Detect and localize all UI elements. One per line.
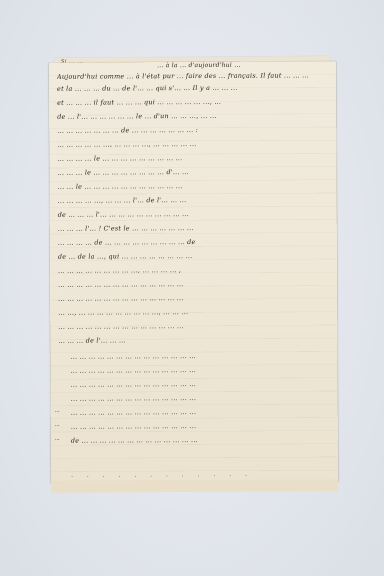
manuscript-line: de ... ... ... l'... ... ... ... ... ...… bbox=[58, 209, 330, 218]
manuscript-line: ... ... ... l'... ! C'est le ... ... ...… bbox=[58, 223, 330, 232]
manuscript-line: et la ... ... ... du ... de l'... ... qu… bbox=[57, 83, 329, 92]
manuscript-line: de ... l'... ... ... ... ... ... le ... … bbox=[57, 111, 329, 120]
manuscript-line: ... ... ... ... ... ... ... ... ..., ...… bbox=[58, 265, 330, 274]
manuscript-line: ... ..., ... ... ... ... ... ... ... ...… bbox=[58, 307, 330, 316]
manuscript-line: ... ... ... ... ... ... ... ... ... ... … bbox=[58, 321, 330, 330]
manuscript-line: et ... ... ... il faut ... ... ... qui .… bbox=[57, 97, 329, 106]
manuscript-page: ... à la ... d'aujourd'hui ... Aujourd'h… bbox=[49, 61, 338, 482]
manuscript-line: ... ... le ... ... ... ... ... ... ... .… bbox=[58, 181, 330, 190]
manuscript-line: ... ... ... de l'... ... ... bbox=[58, 336, 208, 345]
margin-note: ... bbox=[55, 408, 60, 414]
paper-bottom-edge bbox=[51, 479, 338, 493]
manuscript-line: de ... ... ... ... ... ... ... ... ... .… bbox=[71, 435, 331, 444]
manuscript-line: ... ... ... ... ..., ... ... ... l'... d… bbox=[58, 195, 330, 204]
manuscript-line: ... ... ... ... ... ... ... de ... ... .… bbox=[57, 125, 329, 134]
manuscript-line: ... ... ... ... ... ... ... ... ... ... … bbox=[71, 407, 331, 416]
manuscript-line: ... ... ... ... ... ... ... ... ... ... … bbox=[58, 279, 330, 288]
manuscript-line: ... ... ... ... le ... ... ... ... ... .… bbox=[57, 153, 329, 162]
margin-note: ... bbox=[55, 436, 60, 442]
manuscript-line: ... ... ... ... ... ... ... ... ... ... … bbox=[58, 293, 330, 302]
manuscript-line: ... ... ... ... de ... ... ... ... ... .… bbox=[58, 237, 330, 246]
page-heading: ... à la ... d'aujourd'hui ... bbox=[89, 61, 309, 70]
manuscript-line: ... ... ... le ... ... ... ... ... ... .… bbox=[57, 167, 329, 176]
manuscript-line: ... ... ... ... ... ... ... ... ... ... … bbox=[71, 393, 331, 402]
manuscript-line: ... ... ... ... ... ... ... ... ... ... … bbox=[70, 351, 330, 360]
manuscript-line: ... ... ... ... ... ... ... ... ... ... … bbox=[71, 421, 331, 430]
manuscript-line: ... ... ... ... ... ..., ... ... ... ...… bbox=[57, 139, 329, 148]
manuscript-line: ... ... ... ... ... ... ... ... ... ... … bbox=[70, 365, 330, 374]
manuscript-line: de ... de la ..., qui ... ... ... ... ..… bbox=[58, 251, 330, 260]
manuscript-line: ... ... ... ... ... ... ... ... ... ... … bbox=[71, 379, 331, 388]
margin-note: ... bbox=[55, 422, 60, 428]
manuscript-line: Aujourd'hui comme ... à l'état pur ... f… bbox=[57, 71, 329, 80]
